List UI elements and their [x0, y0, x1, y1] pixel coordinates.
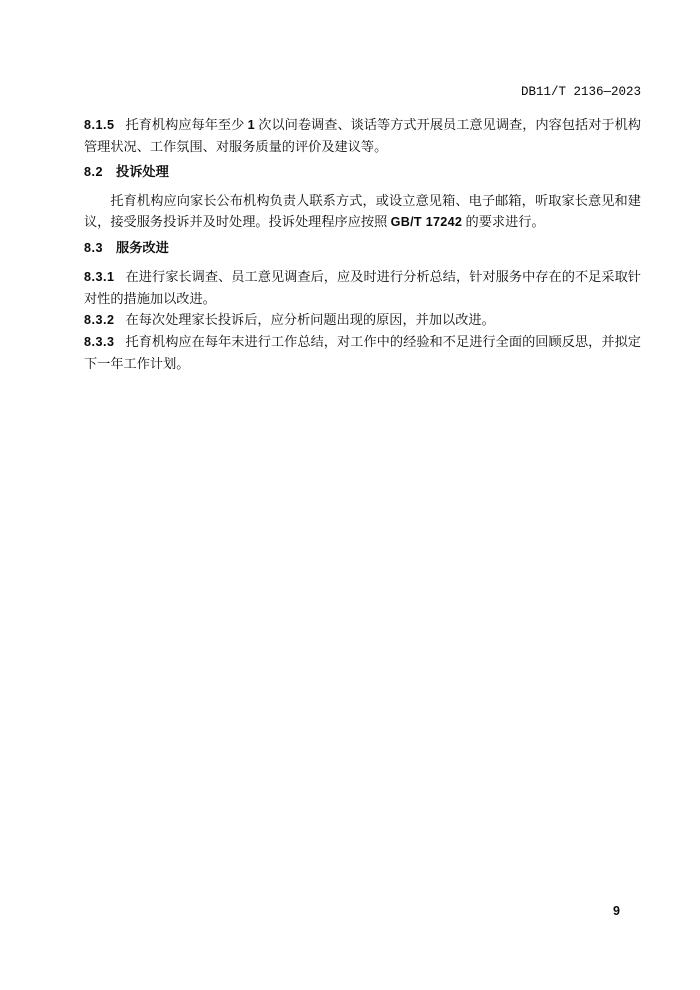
clause-8-3-2: 8.3.2在每次处理家长投诉后，应分析问题出现的原因，并加以改进。: [84, 309, 641, 331]
document-header: DB11/T 2136—2023: [84, 84, 641, 100]
clause-number: 8.1.5: [84, 118, 115, 132]
paragraph-text-segment: 的要求进行。: [462, 214, 544, 229]
section-number: 8.2: [84, 165, 103, 179]
document-body: DB11/T 2136—2023 8.1.5托育机构应每年至少 1 次以问卷调查…: [84, 84, 641, 374]
clause-text: 托育机构应在每年末进行工作总结，对工作中的经验和不足进行全面的回顾反思，并拟定下…: [84, 334, 641, 371]
clause-text: 在每次处理家长投诉后，应分析问题出现的原因，并加以改进。: [126, 312, 495, 327]
page-number: 9: [613, 904, 620, 918]
section-title: 服务改进: [116, 240, 169, 255]
clause-number: 8.3.1: [84, 270, 115, 284]
clause-8-3-3: 8.3.3托育机构应在每年末进行工作总结，对工作中的经验和不足进行全面的回顾反思…: [84, 331, 641, 374]
section-title: 投诉处理: [116, 164, 169, 179]
clause-text-segment: 托育机构应每年至少: [126, 117, 248, 132]
section-number: 8.3: [84, 241, 103, 255]
clause-number: 8.3.3: [84, 335, 115, 349]
document-page: DB11/T 2136—2023 8.1.5托育机构应每年至少 1 次以问卷调查…: [0, 0, 700, 990]
section-heading-8-3: 8.3服务改进: [84, 237, 641, 259]
clause-number: 8.3.2: [84, 313, 115, 327]
bold-value: 1: [248, 118, 255, 132]
clause-text: 在进行家长调查、员工意见调查后，应及时进行分析总结，针对服务中存在的不足采取针对…: [84, 269, 641, 306]
paragraph-8-2: 托育机构应向家长公布机构负责人联系方式，或设立意见箱、电子邮箱，听取家长意见和建…: [84, 190, 641, 233]
standard-number: DB11/T 2136—2023: [521, 85, 641, 99]
referenced-standard: GB/T 17242: [391, 215, 463, 229]
paragraph-text-segment: 托育机构应向家长公布机构负责人联系方式，或设立意见箱、电子邮箱，听取家长意见和建…: [84, 193, 641, 229]
section-heading-8-2: 8.2投诉处理: [84, 161, 641, 183]
clause-8-1-5: 8.1.5托育机构应每年至少 1 次以问卷调查、谈话等方式开展员工意见调查，内容…: [84, 114, 641, 157]
clause-8-3-1: 8.3.1在进行家长调查、员工意见调查后，应及时进行分析总结，针对服务中存在的不…: [84, 266, 641, 309]
